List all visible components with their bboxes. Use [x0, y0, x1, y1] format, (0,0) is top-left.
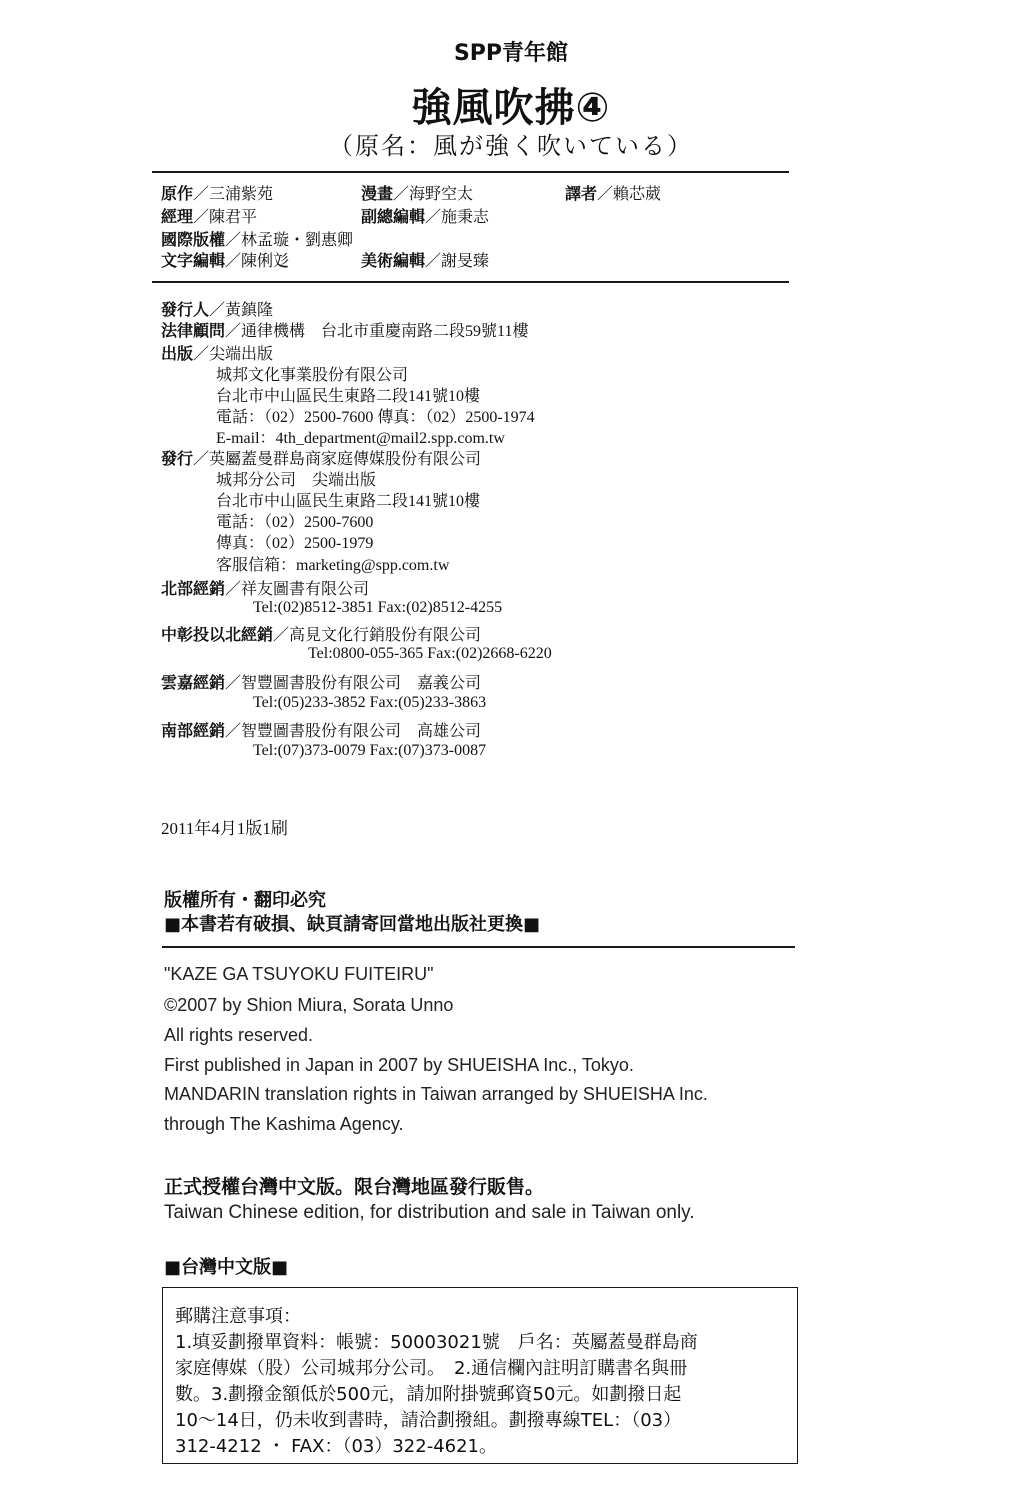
divider-top	[152, 171, 789, 173]
regional-contact: Tel:(07)373-0079 Fax:(07)373-0087	[253, 742, 486, 760]
original-title-romaji: "KAZE GA TSUYOKU FUITEIRU"	[164, 964, 434, 985]
agency-line: through The Kashima Agency.	[164, 1114, 403, 1135]
distributor-detail: 台北市中山區民生東路二段141號10樓	[216, 488, 480, 511]
credit-manager: 經理／陳君平	[161, 206, 257, 228]
copyright-notice: 版權所有・翻印必究	[164, 886, 326, 912]
regional-distributor-north: 北部經銷／祥友圖書有限公司	[161, 576, 369, 599]
credit-original-author: 原作／三浦紫苑	[161, 183, 273, 205]
distributor-detail: 城邦分公司 尖端出版	[216, 467, 376, 490]
license-chinese: 正式授權台灣中文版。限台灣地區發行販售。	[164, 1172, 544, 1199]
regional-contact: Tel:0800-055-365 Fax:(02)2668-6220	[308, 645, 552, 663]
regional-contact: Tel:(05)233-3852 Fax:(05)233-3863	[253, 694, 486, 712]
issuer-line: 發行人／黃鎮隆	[161, 297, 273, 320]
credit-translator: 譯者／賴芯葳	[565, 183, 661, 205]
publisher-detail: 台北市中山區民生東路二段141號10樓	[216, 383, 480, 406]
regional-distributor-central: 中彰投以北經銷／高見文化行銷股份有限公司	[161, 622, 481, 645]
mail-order-title: 郵購注意事項：	[175, 1302, 301, 1328]
mail-order-line: 10～14日，仍未收到書時，請洽劃撥組。劃撥專線TEL：（03）	[175, 1406, 681, 1432]
regional-contact: Tel:(02)8512-3851 Fax:(02)8512-4255	[253, 599, 502, 617]
credit-manga-artist: 漫畫／海野空太	[361, 183, 473, 205]
credit-international-rights: 國際版權／林孟璇・劉惠卿	[161, 229, 353, 251]
mail-order-line: 1.填妥劃撥單資料：帳號：50003021號 戶名：英屬蓋曼群島商	[175, 1328, 698, 1354]
license-english: Taiwan Chinese edition, for distribution…	[164, 1202, 695, 1224]
distributor-email: 客服信箱：marketing@spp.com.tw	[216, 552, 449, 575]
credit-deputy-editor: 副總編輯／施秉志	[361, 206, 489, 228]
mail-order-line: 312-4212 ・ FAX：（03）322-4621。	[175, 1432, 497, 1458]
copyright-line: ©2007 by Shion Miura, Sorata Unno	[164, 995, 453, 1016]
mail-order-line: 家庭傳媒（股）公司城邦分公司。 2.通信欄內註明訂購書名與冊	[175, 1354, 687, 1380]
distributor-line: 發行／英屬蓋曼群島商家庭傳媒股份有限公司	[161, 446, 481, 469]
legal-advisor-line: 法律顧問／通律機構 台北市重慶南路二段59號11樓	[161, 318, 528, 341]
series-label: SPP青年館	[0, 36, 1022, 67]
translation-rights-line: MANDARIN translation rights in Taiwan ar…	[164, 1084, 708, 1105]
distributor-detail: 電話：（02）2500-7600	[216, 509, 373, 532]
publisher-line: 出版／尖端出版	[161, 341, 273, 364]
regional-distributor-yunjia: 雲嘉經銷／智豐圖書股份有限公司 嘉義公司	[161, 670, 481, 693]
edition-label: ■台灣中文版■	[164, 1253, 288, 1279]
divider-middle	[152, 281, 789, 283]
edition-date: 2011年4月1版1刷	[161, 814, 288, 839]
rights-reserved: All rights reserved.	[164, 1025, 313, 1046]
credit-text-editor: 文字編輯／陳俐彣	[161, 250, 289, 272]
first-published-line: First published in Japan in 2007 by SHUE…	[164, 1055, 634, 1076]
credit-art-editor: 美術編輯／謝旻臻	[361, 250, 489, 272]
mail-order-line: 數。3.劃撥金額低於500元，請加附掛號郵資50元。如劃撥日起	[175, 1380, 681, 1406]
publisher-email: E-mail：4th_department@mail2.spp.com.tw	[216, 425, 505, 448]
original-title: （原名：風が強く吹いている）	[0, 126, 1022, 161]
book-title: 強風吹拂④	[0, 76, 1022, 133]
divider-bottom	[162, 946, 795, 948]
mail-order-box: 郵購注意事項： 1.填妥劃撥單資料：帳號：50003021號 戶名：英屬蓋曼群島…	[162, 1287, 798, 1464]
damage-replacement-notice: ■本書若有破損、缺頁請寄回當地出版社更換■	[164, 910, 540, 936]
publisher-detail: 城邦文化事業股份有限公司	[216, 362, 408, 385]
publisher-detail: 電話：（02）2500-7600 傳真：（02）2500-1974	[216, 404, 535, 427]
distributor-detail: 傳真：（02）2500-1979	[216, 530, 373, 553]
regional-distributor-south: 南部經銷／智豐圖書股份有限公司 高雄公司	[161, 718, 481, 741]
